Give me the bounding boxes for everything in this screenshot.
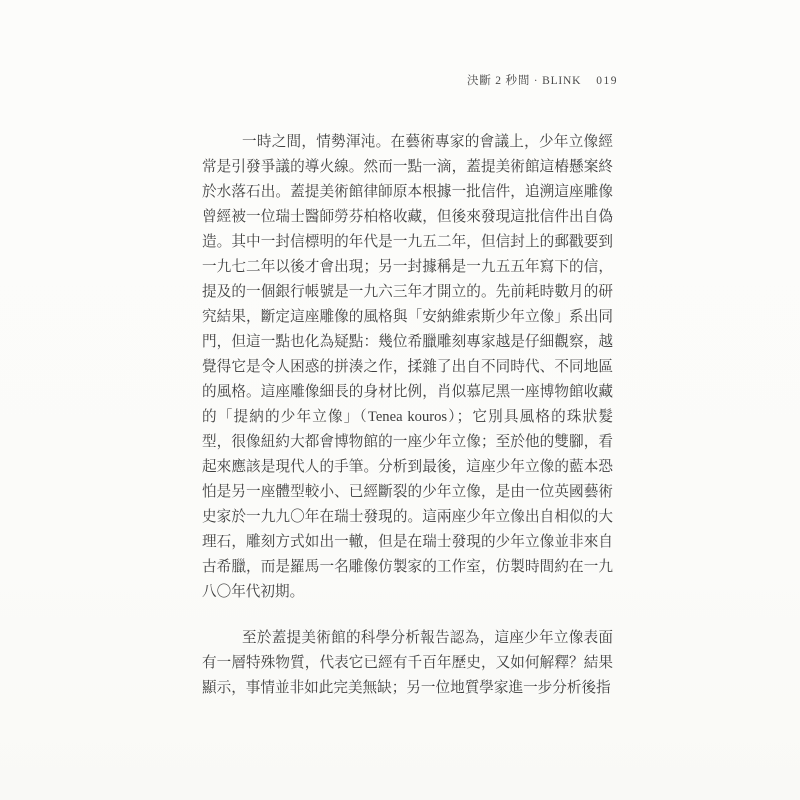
book-page: 決斷 2 秒間 · BLINK019 一時之間，情勢渾沌。在藝術專家的會議上，少… <box>0 0 800 800</box>
running-header: 決斷 2 秒間 · BLINK019 <box>202 74 618 89</box>
running-header-book-title: 決斷 2 秒間 · BLINK <box>467 75 581 87</box>
body-text: 一時之間，情勢渾沌。在藝術專家的會議上，少年立像經常是引發爭議的導火線。然而一點… <box>202 130 613 701</box>
paragraph-1: 一時之間，情勢渾沌。在藝術專家的會議上，少年立像經常是引發爭議的導火線。然而一點… <box>202 130 613 605</box>
page-number: 019 <box>596 75 618 87</box>
paragraph-2: 至於蓋提美術館的科學分析報告認為，這座少年立像表面有一層特殊物質，代表它已經有千… <box>202 626 613 701</box>
